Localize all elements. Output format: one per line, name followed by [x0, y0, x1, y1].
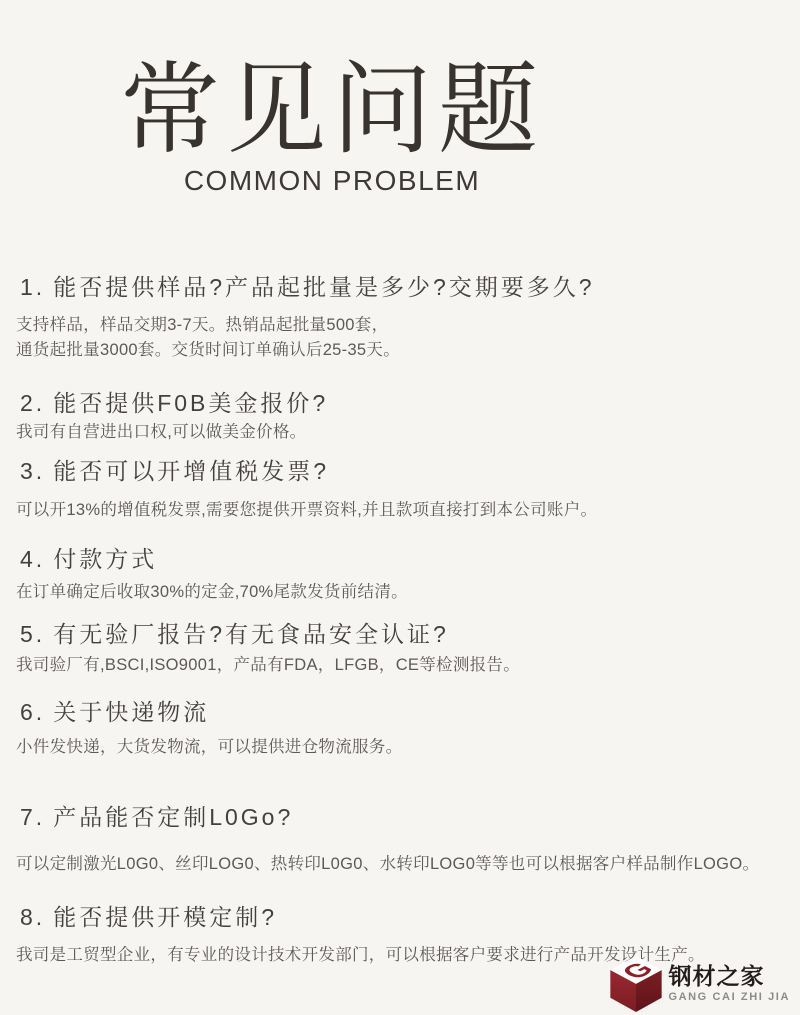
- faq-item: 4.付款方式 在订单确定后收取30%的定金,70%尾款发货前结清。: [16, 544, 790, 605]
- question-number: 6.: [20, 699, 45, 725]
- question-text: 关于快递物流: [53, 699, 209, 725]
- question-text: 能否提供开模定制?: [53, 904, 277, 930]
- question-text: 产品能否定制L0Go?: [53, 804, 293, 830]
- question-number: 3.: [20, 458, 45, 484]
- answer-text: 可以定制激光L0G0、丝印LOG0、热转印L0G0、水转印LOG0等等也可以根据…: [16, 852, 790, 877]
- answer-text: 支持样品，样品交期3-7天。热销品起批量500套， 通货起批量3000套。交货时…: [16, 313, 790, 363]
- answer-text: 小件发快递，大货发物流，可以提供进仓物流服务。: [16, 735, 790, 760]
- question-number: 8.: [20, 904, 45, 930]
- brand-tagline: GANG CAI ZHI JIA: [668, 991, 790, 1004]
- cube-logo-icon: G: [607, 955, 665, 1012]
- question-number: 7.: [20, 804, 45, 830]
- question-number: 4.: [20, 546, 45, 572]
- faq-item: 5.有无验厂报告?有无食品安全认证? 我司验厂有,BSCI,ISO9001，产品…: [16, 619, 790, 678]
- answer-text: 我司有自营进出口权,可以做美金价格。: [16, 420, 790, 445]
- header: 常见问题 COMMON PROBLEM: [0, 0, 664, 196]
- question-heading: 2.能否提供F0B美金报价?: [16, 388, 790, 418]
- faq-item: 2.能否提供F0B美金报价? 我司有自营进出口权,可以做美金价格。: [16, 388, 790, 445]
- question-text: 能否可以开增值税发票?: [53, 458, 329, 484]
- question-text: 能否提供F0B美金报价?: [53, 390, 328, 416]
- faq-item: 7.产品能否定制L0Go? 可以定制激光L0G0、丝印LOG0、热转印L0G0、…: [16, 802, 790, 877]
- question-heading: 6.关于快递物流: [16, 697, 790, 727]
- question-heading: 3.能否可以开增值税发票?: [16, 456, 790, 486]
- question-heading: 8.能否提供开模定制?: [16, 902, 790, 932]
- question-number: 5.: [20, 621, 45, 647]
- question-heading: 5.有无验厂报告?有无食品安全认证?: [16, 619, 790, 649]
- page-title: 常见问题: [0, 58, 664, 162]
- faq-item: 3.能否可以开增值税发票? 可以开13%的增值税发票,需要您提供开票资料,并且款…: [16, 456, 790, 523]
- question-number: 2.: [20, 390, 45, 416]
- brand-name: 钢材之家: [668, 963, 764, 990]
- answer-text: 可以开13%的增值税发票,需要您提供开票资料,并且款项直接打到本公司账户。: [16, 498, 790, 523]
- question-text: 能否提供样品?产品起批量是多少?交期要多久?: [53, 274, 594, 300]
- question-heading: 7.产品能否定制L0Go?: [16, 802, 790, 832]
- answer-text: 在订单确定后收取30%的定金,70%尾款发货前结清。: [16, 580, 790, 605]
- question-number: 1.: [20, 274, 45, 300]
- question-text: 有无验厂报告?有无食品安全认证?: [53, 621, 449, 647]
- question-text: 付款方式: [53, 546, 157, 572]
- page: 常见问题 COMMON PROBLEM 1.能否提供样品?产品起批量是多少?交期…: [0, 0, 800, 1015]
- answer-text: 我司验厂有,BSCI,ISO9001，产品有FDA，LFGB，CE等检测报告。: [16, 653, 790, 678]
- question-heading: 4.付款方式: [16, 544, 790, 574]
- page-subtitle: COMMON PROBLEM: [0, 166, 664, 196]
- faq-item: 1.能否提供样品?产品起批量是多少?交期要多久? 支持样品，样品交期3-7天。热…: [16, 272, 790, 363]
- faq-list: 1.能否提供样品?产品起批量是多少?交期要多久? 支持样品，样品交期3-7天。热…: [16, 252, 790, 968]
- faq-item: 6.关于快递物流 小件发快递，大货发物流，可以提供进仓物流服务。: [16, 697, 790, 760]
- brand-text: 钢材之家 GANG CAI ZHI JIA: [668, 963, 790, 1004]
- question-heading: 1.能否提供样品?产品起批量是多少?交期要多久?: [16, 272, 790, 302]
- brand-logo: G 钢材之家 GANG CAI ZHI JIA: [607, 955, 790, 1012]
